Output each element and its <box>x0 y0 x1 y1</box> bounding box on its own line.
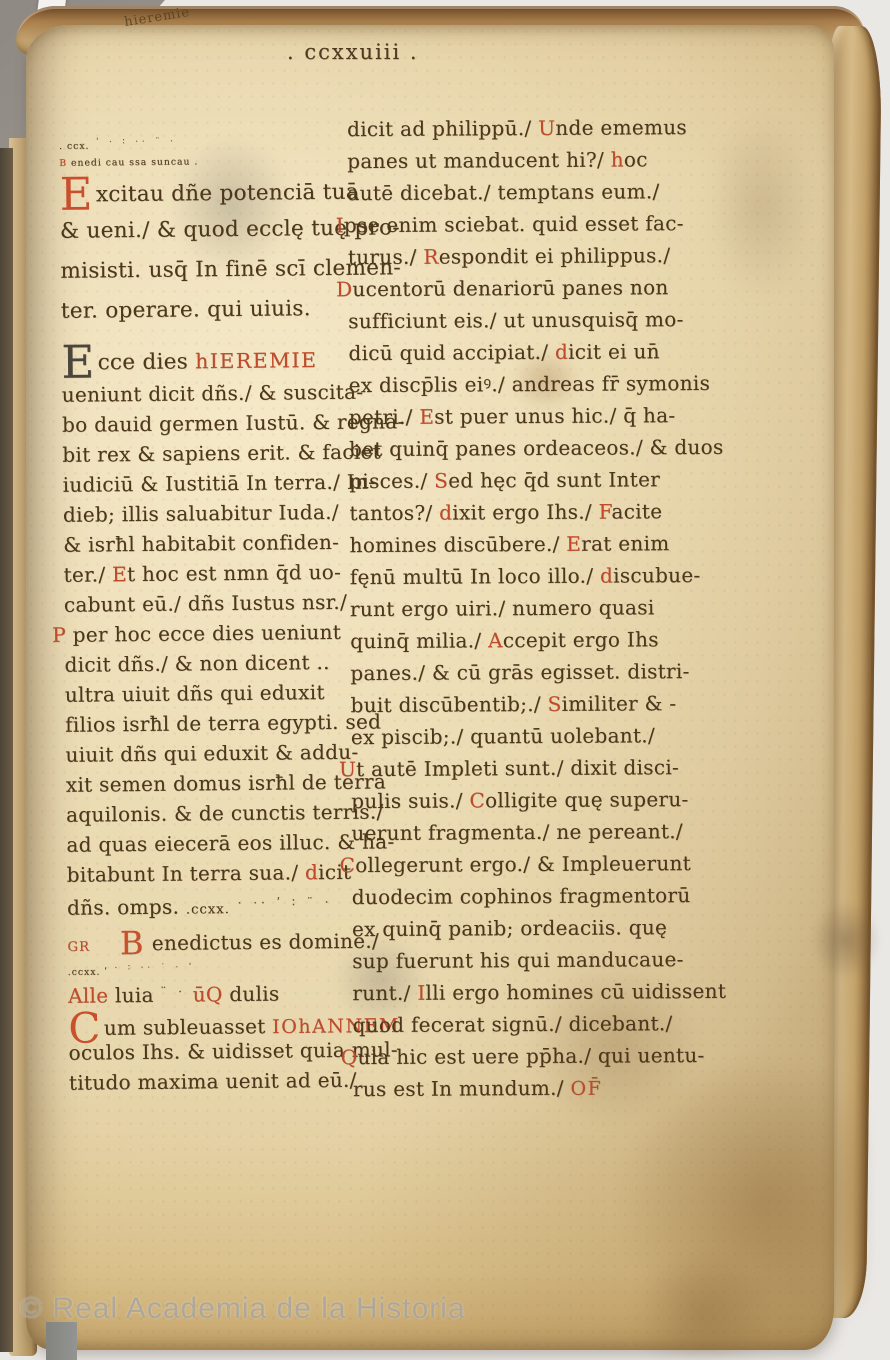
manuscript-line: autē dicebat./ temptans eum./ <box>347 175 722 209</box>
text-segment: st puer unus hic./ q̄ ha- <box>434 403 675 428</box>
text-segment: U <box>339 757 356 781</box>
text-segment: tantos?/ <box>349 501 439 526</box>
text-segment: ucentorū denariorū panes non <box>352 275 668 301</box>
text-segment: bit rex & sapiens erit. & faciet <box>62 439 381 466</box>
text-segment: rat enim <box>581 531 670 556</box>
text-segment: dicit dñs./ & non dicent .. <box>64 650 329 677</box>
text-segment: pulis suis./ <box>351 788 469 813</box>
manuscript-line: duodecim cophinos fragmentorū <box>352 879 727 913</box>
binding-edge <box>0 148 13 1352</box>
text-segment: dieb; illis saluabitur Iuda./ <box>63 500 339 527</box>
text-segment: petri./ <box>349 405 420 429</box>
text-segment: homines discūbere./ <box>350 532 567 557</box>
text-segment: bitabunt In terra sua./ <box>67 860 306 886</box>
text-segment: ¨ · <box>160 985 186 999</box>
text-segment: turus./ <box>348 245 424 269</box>
text-segment: ed hęc q̄d sunt Inter <box>448 467 660 492</box>
text-segment: fęnū multū In loco illo./ <box>350 564 600 590</box>
manuscript-line: quod fecerat signū./ dicebant./ <box>352 1007 727 1041</box>
text-segment: OF̄ <box>570 1078 602 1100</box>
manuscript-line: Quia hic est uere pp̄ha./ qui uentu- <box>353 1039 728 1073</box>
manuscript-line: Ut autē Impleti sunt./ dixit disci- <box>351 751 726 785</box>
text-segment: d <box>305 860 318 884</box>
text-segment: titudo maxima uenit ad eū./ <box>69 1068 357 1095</box>
text-segment: ultra uiuit dñs qui eduxit <box>65 680 325 707</box>
text-segment: GR <box>67 940 90 955</box>
text-segment: uia hic est uere pp̄ha./ qui uentu- <box>357 1043 704 1069</box>
text-segment: dñs. omps. <box>67 895 186 920</box>
manuscript-line: ex discp̄lis eiꝰ./ andreas fr̄ symonis <box>349 367 724 401</box>
text-segment: R <box>423 245 439 269</box>
manuscript-line: tantos?/ dixit ergo Ihs./ Facite <box>349 495 724 529</box>
text-segment: C <box>469 788 485 812</box>
text-segment: nde ememus <box>555 115 687 140</box>
text-segment: E <box>566 532 581 556</box>
text-segment: icit ei un̄ <box>568 339 660 364</box>
text-segment: duodecim cophinos fragmentorū <box>352 883 691 909</box>
text-segment: dicū quid accipiat./ <box>348 340 555 365</box>
text-segment: ter. operare. qui uiuis. <box>61 296 311 324</box>
right-text-column: dicit ad philippū./ Unde ememuspanes ut … <box>347 111 728 1105</box>
text-segment: sufficiunt eis./ ut unusquisq̄ mo- <box>348 307 684 333</box>
text-segment: runt./ <box>352 981 417 1005</box>
text-segment: .ccxx. ʹ <box>68 967 108 978</box>
text-segment: · ∶ ·· ˙ · ʹ <box>108 961 195 972</box>
text-segment: E <box>112 562 127 586</box>
text-segment: ueniunt dicit dñs./ & suscita- <box>62 380 364 407</box>
manuscript-line: panes./ & cū grās egisset. distri- <box>350 655 725 689</box>
manuscript-line: pulis suis./ Colligite quę superu- <box>351 783 726 817</box>
text-segment: lli ergo homines cū uidissent <box>425 979 726 1005</box>
manuscript-line: ex piscib;./ quantū uolebant./ <box>351 719 726 753</box>
text-segment: D <box>336 277 352 301</box>
manuscript-line: ex quinq̄ panib; ordeaciis. quę <box>352 911 727 945</box>
text-segment: ex quinq̄ panib; ordeaciis. quę <box>352 915 667 941</box>
manuscript-line: sup fuerunt his qui manducaue- <box>352 943 727 977</box>
text-segment: espondit ei philippus./ <box>439 243 671 268</box>
text-segment: U <box>538 116 555 140</box>
text-segment: E <box>419 405 434 429</box>
manuscript-line: sufficiunt eis./ ut unusquisq̄ mo- <box>348 303 723 337</box>
text-segment: filios isrħl de terra egypti. sed <box>65 709 381 736</box>
text-segment: acite <box>611 499 662 523</box>
manuscript-line: pisces./ Sed hęc q̄d sunt Inter <box>349 463 724 497</box>
text-segment: A <box>488 628 503 652</box>
manuscript-line: Ipse enim sciebat. quid esset fac- <box>348 207 723 241</box>
folio-number: . ccxxuiii . <box>287 40 419 64</box>
text-segment: I <box>417 981 425 1005</box>
text-segment: pisces./ <box>349 469 434 494</box>
text-segment: ccepit ergo Ihs <box>503 627 659 652</box>
manuscript-line: dicit ad philippū./ Unde ememus <box>347 111 722 145</box>
manuscript-line: runt./ Illi ergo homines cū uidissent <box>352 975 727 1009</box>
text-segment: luia <box>108 983 160 1008</box>
manuscript-line: rus est In mundum./ OF̄ <box>353 1071 728 1105</box>
text-segment: bet quinq̄ panes ordeaceos./ & duos <box>349 435 724 461</box>
text-segment: olligite quę superu- <box>485 787 689 812</box>
manuscript-line: fęnū multū In loco illo./ discubue- <box>350 559 725 593</box>
stand-leg <box>46 1322 77 1360</box>
manuscript-line: dicū quid accipiat./ dicit ei un̄ <box>348 335 723 369</box>
text-segment: ex discp̄lis eiꝰ./ andreas fr̄ symonis <box>349 371 711 397</box>
text-segment: iudiciū & Iustitiā In terra./ In- <box>63 470 376 497</box>
text-segment: rus est In mundum./ <box>353 1076 571 1101</box>
text-segment: enedictus es domine./ <box>152 929 380 955</box>
text-segment: cce dies <box>98 349 196 375</box>
manuscript-line: turus./ Respondit ei philippus./ <box>348 239 723 273</box>
manuscript-line: Ducentorū denariorū panes non <box>348 271 723 305</box>
text-segment: oc <box>624 147 648 171</box>
text-segment: C <box>339 853 355 877</box>
text-segment: quod fecerat signū./ dicebant./ <box>352 1011 672 1037</box>
text-segment: ter./ <box>63 562 112 587</box>
text-segment: t autē Impleti sunt./ dixit disci- <box>356 755 679 781</box>
text-segment: autē dicebat./ temptans eum./ <box>347 179 659 205</box>
text-segment: P <box>52 623 73 647</box>
manuscript-line: buit discūbentib;./ Similiter & - <box>350 687 725 721</box>
text-segment: . ccx. <box>59 141 89 152</box>
text-segment: uerunt fragmenta./ ne pereant./ <box>351 819 683 845</box>
watermark: © Real Academia de la Historia <box>20 1292 466 1326</box>
text-segment: ollegerunt ergo./ & Impleuerunt <box>355 851 691 877</box>
text-segment: dulis <box>222 982 279 1007</box>
text-segment: iscubue- <box>613 563 701 588</box>
manuscript-line: petri./ Est puer unus hic./ q̄ ha- <box>349 399 724 433</box>
manuscript-line: homines discūbere./ Erat enim <box>350 527 725 561</box>
text-segment: per hoc ecce dies ueniunt <box>73 620 342 647</box>
text-segment: cabunt eū./ dñs Iustus nsr./ <box>64 590 347 617</box>
text-segment: & isrħl habitabit confiden- <box>63 530 339 557</box>
text-segment: runt ergo uiri./ numero quasi <box>350 595 655 621</box>
text-segment: panes ut manducent hi?/ <box>347 148 611 174</box>
text-segment: ex piscib;./ quantū uolebant./ <box>351 723 655 749</box>
text-segment: panes./ & cū grās egisset. distri- <box>350 659 689 685</box>
text-segment: F <box>599 500 612 524</box>
text-segment: S <box>434 469 448 493</box>
text-segment: · ·· ʹ ∶ ¨ · <box>230 895 333 910</box>
text-segment: d <box>439 501 452 525</box>
text-segment: ixit ergo Ihs./ <box>452 500 599 525</box>
text-segment: d <box>555 340 568 364</box>
text-segment: buit discūbentib;./ <box>351 692 548 717</box>
text-segment: quinq̄ milia./ <box>350 628 488 653</box>
manuscript-line: bet quinq̄ panes ordeaceos./ & duos <box>349 431 724 465</box>
manuscript-line: quinq̄ milia./ Accepit ergo Ihs <box>350 623 725 657</box>
text-segment: uiuit dñs qui eduxit & addu- <box>65 740 358 767</box>
manuscript-line: uerunt fragmenta./ ne pereant./ <box>351 815 726 849</box>
text-segment: aquilonis. & de cunctis terris./ <box>66 799 384 826</box>
text-segment: t hoc est nmn q̄d uo- <box>127 560 341 586</box>
text-segment: dicit ad philippū./ <box>347 116 538 141</box>
text-segment: xcitau dñe potenciā tuā <box>96 180 359 208</box>
text-segment: imiliter & - <box>561 691 676 716</box>
text-segment: S <box>547 692 561 716</box>
text-segment: .ccxx. <box>186 902 230 917</box>
manuscript-line: runt ergo uiri./ numero quasi <box>350 591 725 625</box>
text-segment: sup fuerunt his qui manducaue- <box>352 947 684 973</box>
manuscript-line: Collegerunt ergo./ & Impleuerunt <box>351 847 726 881</box>
text-segment: h <box>611 147 624 171</box>
text-segment: d <box>600 564 613 588</box>
manuscript-line: panes ut manducent hi?/ hoc <box>347 143 722 177</box>
text-segment: ūQ <box>186 982 223 1006</box>
text-segment: Q <box>341 1045 358 1069</box>
text-segment: pse enim sciebat. quid esset fac- <box>344 211 684 237</box>
text-segment: hIEREMIE <box>195 348 317 373</box>
text-segment: ʹ · ∶ ·· ¨ · <box>89 136 176 147</box>
